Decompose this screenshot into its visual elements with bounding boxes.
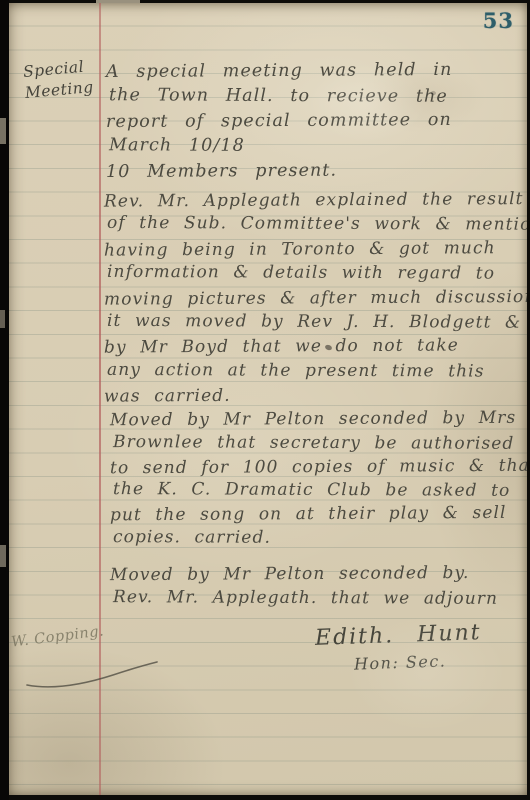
scanned-page-background: 53 Special Meeting A special meeting was… (0, 0, 530, 800)
minute-book-page: 53 Special Meeting A special meeting was… (7, 3, 527, 795)
handwritten-line: to send for 100 copies of music & that (110, 454, 527, 480)
handwritten-line: was carried. (104, 382, 527, 410)
handwritten-line: Brownlee that secretary be authorised (113, 431, 527, 457)
page-edge-notch (96, 0, 140, 3)
handwritten-line: of the Sub. Committee's work & mentioned (107, 211, 527, 238)
handwritten-line: 10 Members present. (106, 158, 453, 185)
handwritten-line: information & details with regard to (107, 260, 527, 287)
handwritten-line: the K. C. Dramatic Club be asked to (113, 478, 527, 504)
page-edge-notch (0, 118, 6, 144)
handwritten-line: March 10/18 (109, 133, 453, 159)
page-number: 53 (483, 8, 514, 33)
handwritten-line: A special meeting was held in (106, 58, 453, 85)
handwritten-line: having being in Toronto & got much (104, 235, 527, 263)
margin-note-line: Meeting (24, 77, 94, 104)
secretary-title: Hon: Sec. (354, 651, 447, 673)
handwritten-line: copies. carried. (113, 526, 527, 552)
handwritten-line: the Town Hall. to recieve the (109, 83, 453, 109)
handwritten-line: Rev. Mr. Applegath. that we adjourn (113, 585, 498, 611)
handwritten-line: Moved by Mr Pelton seconded by. (110, 561, 498, 587)
margin-signature: W. Copping. (10, 623, 105, 650)
handwritten-line: put the song on at their play & sell (110, 502, 527, 528)
handwritten-line: Rev. Mr. Applegath explained the result (104, 186, 527, 214)
handwritten-line: moving pictures & after much discussion (104, 284, 527, 312)
handwritten-line: by Mr Boyd that we do not take (104, 333, 527, 361)
minutes-committee-report-paragraph: Rev. Mr. Applegath explained the result … (104, 188, 527, 408)
handwritten-line: report of special committee on (106, 108, 453, 135)
page-edge-notch (0, 310, 5, 328)
handwritten-line: any action at the present time this (107, 358, 527, 385)
minutes-opening-paragraph: A special meeting was held in the Town H… (106, 59, 452, 184)
pen-flourish-stroke (23, 654, 161, 692)
minutes-music-motion-paragraph: Moved by Mr Pelton seconded by Mrs Brown… (110, 408, 527, 551)
handwritten-line: it was moved by Rev J. H. Blodgett & Sec… (107, 309, 527, 336)
page-edge-notch (0, 545, 6, 567)
margin-note-special-meeting: Special Meeting (22, 56, 94, 104)
handwritten-line: Moved by Mr Pelton seconded by Mrs (110, 407, 527, 433)
minutes-adjournment-paragraph: Moved by Mr Pelton seconded by. Rev. Mr.… (110, 562, 498, 610)
secretary-signature: Edith. Hunt (315, 620, 482, 651)
